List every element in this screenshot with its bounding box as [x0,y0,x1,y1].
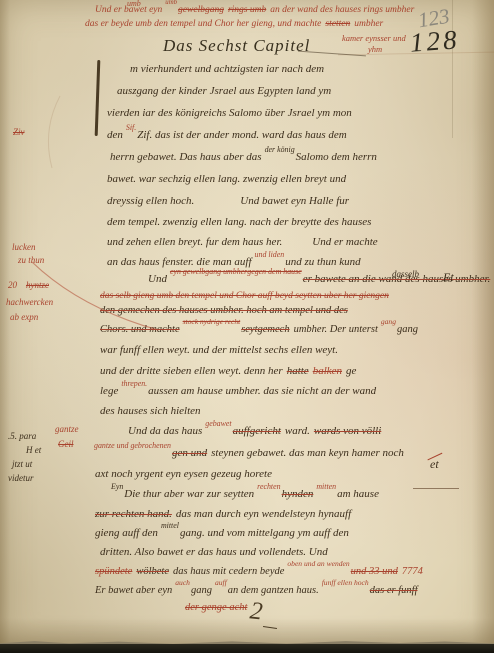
manuscript-line: bawet. war sechzig ellen lang. zwenzig e… [107,174,350,185]
text-segment: gen und [172,447,207,459]
text-segment: gewelbgang [178,5,224,15]
manuscript-line: Chors. und machtestock nydrige rechtseyt… [100,325,422,336]
text-segment: gang [381,318,396,326]
text-segment: umbher [354,19,383,29]
text-segment: das haus mit cedern beyde [173,566,284,577]
text-segment: ge [346,365,356,377]
background-below-page [0,644,494,653]
text-segment: spündete [95,566,132,577]
manuscript-line: gantze und gebrochenengen undsteynen geb… [95,448,408,459]
text-segment: Die thur aber war zur seytten [124,488,254,500]
text-segment: mitten [316,483,336,491]
text-segment: Chors. und machte [100,324,180,335]
text-segment: vierden iar des königreichs Salomo über … [107,107,352,119]
text-segment: am hause [337,488,379,500]
text-segment: seytgemech [241,324,289,335]
insertion-rule-line [413,488,459,489]
margin-note: hyntze [26,281,49,290]
text-segment: gang. und vom mittelgang ym auff den [180,527,349,539]
manuscript-line: vierden iar des königreichs Salomo über … [107,108,356,119]
text-segment: lege [100,385,118,397]
text-segment: rings umb [228,5,266,15]
crease-line-vertical [452,0,453,138]
text-segment: auszgang der kinder Jsrael aus Egypten l… [117,85,331,97]
text-segment: stetten [325,19,350,29]
text-segment: war funff ellen weyt. und der mittelst s… [100,344,338,356]
text-segment: rechten [257,483,280,491]
text-segment: Er bawet aber eyn [95,585,172,596]
text-segment: stock nydrige recht [183,318,241,326]
text-segment: gegen dem hause [247,268,301,276]
margin-note: Et [443,271,454,284]
text-segment: gang [191,585,212,596]
margin-note: dasselb [392,270,419,279]
text-segment: gang [397,324,418,335]
text-segment: an der wand des hauses rings umbher [270,5,414,15]
page-edge-shadow-left [0,0,10,653]
margin-note: hachwercken [6,298,53,307]
text-segment: der genge acht [185,602,247,613]
text-segment: steynen gebawet. das man keyn hamer noch [211,447,404,459]
text-segment: dritten. Also bawet er das haus und voll… [100,546,328,558]
text-segment: bawet. war sechzig ellen lang. zwenzig e… [107,173,346,185]
text-segment: des hauses sich hielten [100,405,201,417]
margin-note: Geil [58,440,74,449]
manuscript-line: m vierhundert und achtzigsten iar nach d… [130,64,328,75]
text-segment: herrn gebawet. Das haus aber das [110,151,262,163]
text-segment: Salomo dem herrn [296,151,377,163]
text-segment: der könig [265,146,295,154]
manuscript-line: gieng auff denmittelgang. und vom mittel… [95,528,353,539]
text-segment: das er beyde umb den tempel und Chor her… [85,19,321,29]
text-segment: den [107,129,123,141]
text-segment: dem tempel. zwenzig ellen lang. nach der… [107,216,371,228]
text-segment: axt noch yrgent eyn eysen gezeug horete [95,468,272,480]
manuscript-line: EynDie thur aber war zur seyttenrechtenh… [112,489,383,500]
text-segment: Eyn [111,483,123,491]
text-segment: oben und an wenden [287,560,349,568]
text-segment: 7774 [402,566,423,577]
margin-note: Ziv [13,128,25,137]
manuscript-line: das selb gieng umb den tempel und Chor a… [100,292,393,302]
text-segment: aussen am hause umbher. das sie nicht an… [148,385,376,397]
text-segment: Sif. [126,124,136,132]
manuscript-line: dreyssig ellen hoch.Und bawet eyn Halle … [107,196,353,207]
text-segment: wards von völli [314,425,381,437]
text-segment: den gemechen des hauses umbher. hoch am … [100,305,348,316]
manuscript-line: zur rechten hand.das man durch eyn wende… [95,509,355,520]
manuscript-line: war funff ellen weyt. und der mittelst s… [100,345,342,356]
manuscript-line: und zehen ellen breyt. fur dem haus her.… [107,237,382,248]
text-segment: das er funff [370,585,418,596]
chapter-heading: Das Sechst Capitel [163,36,310,56]
text-segment: hatte [287,365,309,377]
margin-note: videtur [8,474,34,483]
initial-letter-stroke [95,60,100,136]
text-segment: und liden [255,251,285,259]
text-segment: dreyssig ellen hoch. [107,195,194,207]
manuscript-line: kamer eynsser und [342,34,410,43]
folio-number-ink: 128 [409,24,461,58]
manuscript-line: Und er bawet eynumbgewelbgangrings umban… [95,6,418,16]
text-segment: gebawet [205,420,231,428]
text-segment: Und bawet eyn Halle fur [240,195,349,207]
text-segment: m vierhundert und achtzigsten iar nach d… [130,63,324,75]
text-segment: und der dritte sieben ellen weyt. denn h… [100,365,283,377]
text-segment: hynden [282,488,314,500]
margin-note: umb [127,0,141,8]
margin-note: .5. para [8,432,36,441]
manuscript-line: den gemechen des hauses umbher. hoch am … [100,306,352,317]
text-segment: Und da das haus [128,425,202,437]
text-segment: und 33 und [351,566,398,577]
text-segment: funff ellen hoch [322,579,369,587]
manuscript-line: denSif.Zif. das ist der ander mond. ward… [107,130,351,141]
text-segment: umbher. Der unterst [294,324,378,335]
text-segment: das selb gieng umb den tempel und Chor a… [100,291,389,301]
text-segment: Und [148,273,167,285]
text-segment: gantze und gebrochenen [94,442,171,450]
manuscript-line: spündetewölbetedas haus mit cedern beyde… [95,567,427,578]
manuscript-line: yhm [368,45,386,54]
manuscript-line: axt noch yrgent eyn eysen gezeug horete [95,469,276,480]
margin-note: jtzt ut [12,460,32,469]
text-segment: eyn gewelbgang umbher [170,268,247,276]
manuscript-line: Er bawet aber eynauchgangauffan dem gant… [95,586,422,597]
manuscript-line: das er beyde umb den tempel und Chor her… [85,20,387,30]
text-segment: auffgericht [233,425,281,437]
manuscript-line: herrn gebawet. Das haus aber dasder köni… [110,152,381,163]
text-segment: threpen. [121,380,147,388]
page-edge-shadow-right [472,0,494,653]
manuscript-line: des hauses sich hielten [100,406,205,417]
text-segment: auff [215,579,227,587]
text-segment: mittel [161,522,179,530]
manuscript-line: auszgang der kinder Jsrael aus Egypten l… [117,86,335,97]
text-segment: kamer eynsser und [342,33,406,43]
text-segment: yhm [368,44,382,54]
manuscript-line: und der dritte sieben ellen weyt. denn h… [100,366,360,377]
text-segment: und zehen ellen breyt. fur dem haus her. [107,236,282,248]
text-segment: an dem gantzen haus. [228,585,319,596]
manuscript-line: dritten. Also bawet er das haus und voll… [100,547,332,558]
margin-note: lucken [12,243,35,252]
text-segment: gieng auff den [95,527,158,539]
text-segment: wölbete [136,566,169,577]
manuscript-line: dem tempel. zwenzig ellen lang. nach der… [107,217,375,228]
text-segment: auch [175,579,190,587]
text-segment: balken [313,365,342,377]
margin-note: ab expn [10,313,38,322]
text-segment: ward. [285,425,310,437]
margin-note: et [430,458,439,471]
manuscript-line: legethrepen.aussen am hause umbher. das … [100,386,380,397]
text-segment: umb [165,0,177,7]
manuscript-line: der genge acht [185,603,251,614]
margin-note: 20 [8,281,17,290]
text-segment: das man durch eyn wendelsteyn hynauff [176,508,351,520]
text-segment: zur rechten hand. [95,508,172,520]
text-segment: Und er machte [312,236,377,248]
manuscript-line: Und da das hausgebawetauffgerichtward.wa… [128,426,385,437]
margin-note: zu thun [18,256,44,265]
margin-note: H et [26,446,41,455]
text-segment: Zif. das ist der ander mond. ward das ha… [137,129,347,141]
manuscript-page: 123 128 Das Sechst Capitel Und er bawet … [0,0,494,653]
bottom-edge-shading [0,618,494,644]
margin-note: gantze [55,425,79,434]
